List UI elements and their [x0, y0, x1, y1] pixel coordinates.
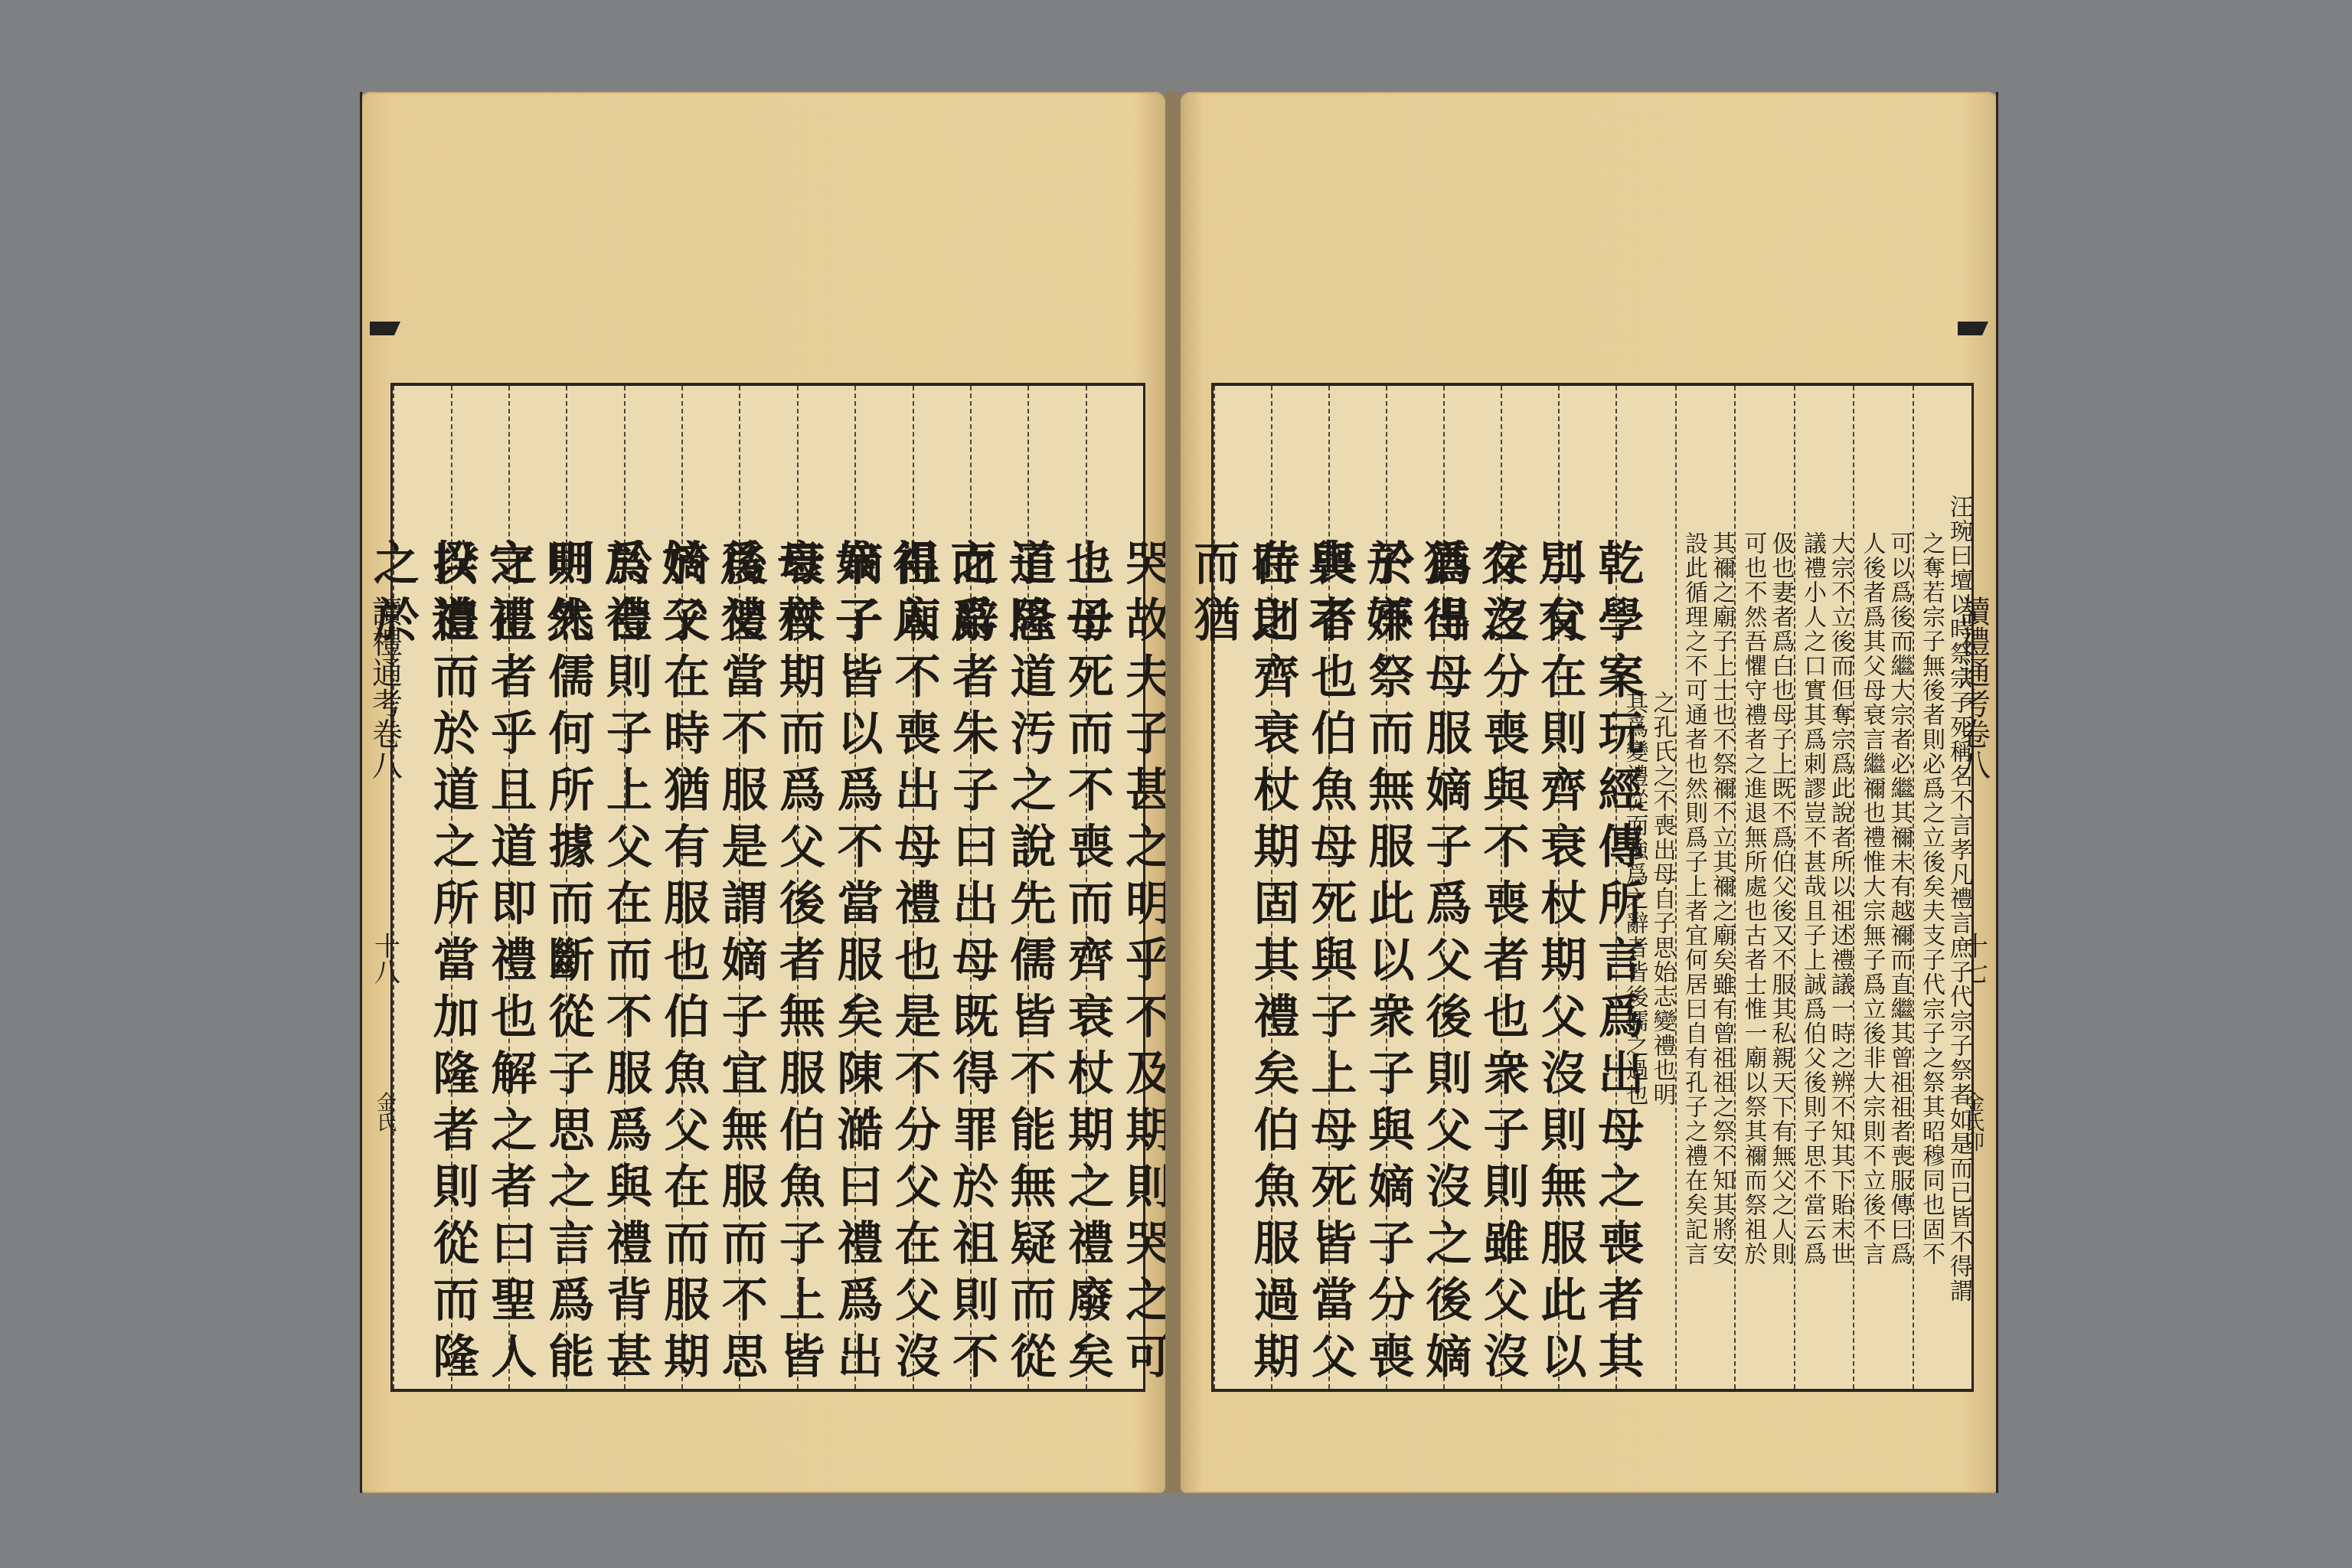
right-page: 汪琬曰壇以時祭宗子死稱名不言孝凡禮言庶子代宗子祭者如是而已皆不得謂之奪若宗子無後…: [1181, 92, 1998, 1493]
commentary-column: 大宗不立後而但奪宗爲此說者所以祖述禮議一時之辨不知其下貽末世議禮小人之口實其爲刺…: [1794, 386, 1854, 1389]
block-heart-title: 讀禮通考卷八: [364, 596, 407, 779]
left-print-frame: 哭故夫子甚之明乎不及期則哭之可也子上母死而不喪而齊衰杖期之禮廢矣子思道隆道汚之說…: [390, 383, 1145, 1392]
page-number: 十八: [367, 933, 404, 985]
left-text-columns: 哭故夫子甚之明乎不及期則哭之可也子上母死而不喪而齊衰杖期之禮廢矣子思道隆道汚之說…: [393, 386, 1143, 1389]
text-column: 時則齊衰杖期固其禮矣伯魚服過期而猶: [1214, 386, 1271, 1389]
commentary-text: 設此循理之不可通者也然則爲子上者宜何居曰自有孔子之禮在矣記言: [1681, 531, 1707, 1266]
page-number: 十七: [1955, 933, 1992, 985]
left-page: 哭故夫子甚之明乎不及期則哭之可也子上母死而不喪而齊衰杖期之禮廢矣子思道隆道汚之說…: [360, 92, 1165, 1493]
commentary-text: 議禮小人之口實其爲刺謬豈不甚哉且子上誠爲伯父後則子思不當云爲: [1799, 531, 1825, 1266]
fish-tail-mark-icon: [1958, 322, 1988, 335]
commentary-column: 可以爲後而繼大宗者必繼其禰未有越禰而直繼其曾祖祖者喪服傳曰爲人後者爲其父母衰言繼…: [1853, 386, 1913, 1389]
commentary-text: 可以爲後而繼大宗者必繼其禰未有越禰而直繼其曾祖祖者喪服傳曰爲: [1886, 531, 1913, 1266]
column-text: 時則齊衰杖期固其禮矣伯魚服過期而猶: [1184, 539, 1303, 1389]
open-book: 哭故夫子甚之明乎不及期則哭之可也子上母死而不喪而齊衰杖期之禮廢矣子思道隆道汚之說…: [360, 92, 1998, 1493]
fish-tail-mark-icon: [370, 322, 400, 335]
right-text-columns: 汪琬曰壇以時祭宗子死稱名不言孝凡禮言庶子代宗子祭者如是而已皆不得謂之奪若宗子無後…: [1214, 386, 1971, 1389]
left-center-margin: 讀禮通考卷八 十八 金氏: [360, 92, 408, 1493]
carver-mark: 金氏卯: [1959, 1092, 1988, 1151]
right-center-margin: 讀禮通考卷八 十七 金氏卯: [1950, 92, 1998, 1493]
book-gutter: [1165, 92, 1181, 1493]
commentary-text: 之孔氏之不喪出母自子思始志變禮也明: [1649, 691, 1675, 1107]
commentary-text: 伋也妻者爲白也母子上既不爲伯父後又不服其私親天下有無父之人則: [1768, 531, 1794, 1266]
block-heart-title: 讀禮通考卷八: [1952, 596, 1995, 779]
commentary-text: 可也不然吾懼守禮者之進退無所處也古者士惟一廟以祭其禰而祭祖於: [1740, 531, 1766, 1266]
commentary-text: 其禰之廟子上士也不祭禰不立其禰之廟矣雖有曾祖祖之祭不知其將安: [1708, 531, 1734, 1266]
commentary-column: 伋也妻者爲白也母子上既不爲伯父後又不服其私親天下有無父之人則可也不然吾懼守禮者之…: [1734, 386, 1794, 1389]
commentary-text: 之奪若宗子無後者則必爲之立後矣夫支子代宗子之祭其昭穆同也固不: [1918, 531, 1944, 1266]
commentary-column: 其禰之廟子上士也不祭禰不立其禰之廟矣雖有曾祖祖之祭不知其將安設此循理之不可通者也…: [1675, 386, 1735, 1389]
carver-mark: 金氏: [371, 1092, 400, 1132]
right-print-frame: 汪琬曰壇以時祭宗子死稱名不言孝凡禮言庶子代宗子祭者如是而已皆不得謂之奪若宗子無後…: [1211, 383, 1974, 1392]
commentary-text: 人後者爲其父母衰言繼禰也禮惟大宗無子爲立後非大宗則不立後不言: [1859, 531, 1885, 1266]
commentary-text: 大宗不立後而但奪宗爲此說者所以祖述禮議一時之辨不知其下貽末世: [1827, 531, 1853, 1266]
